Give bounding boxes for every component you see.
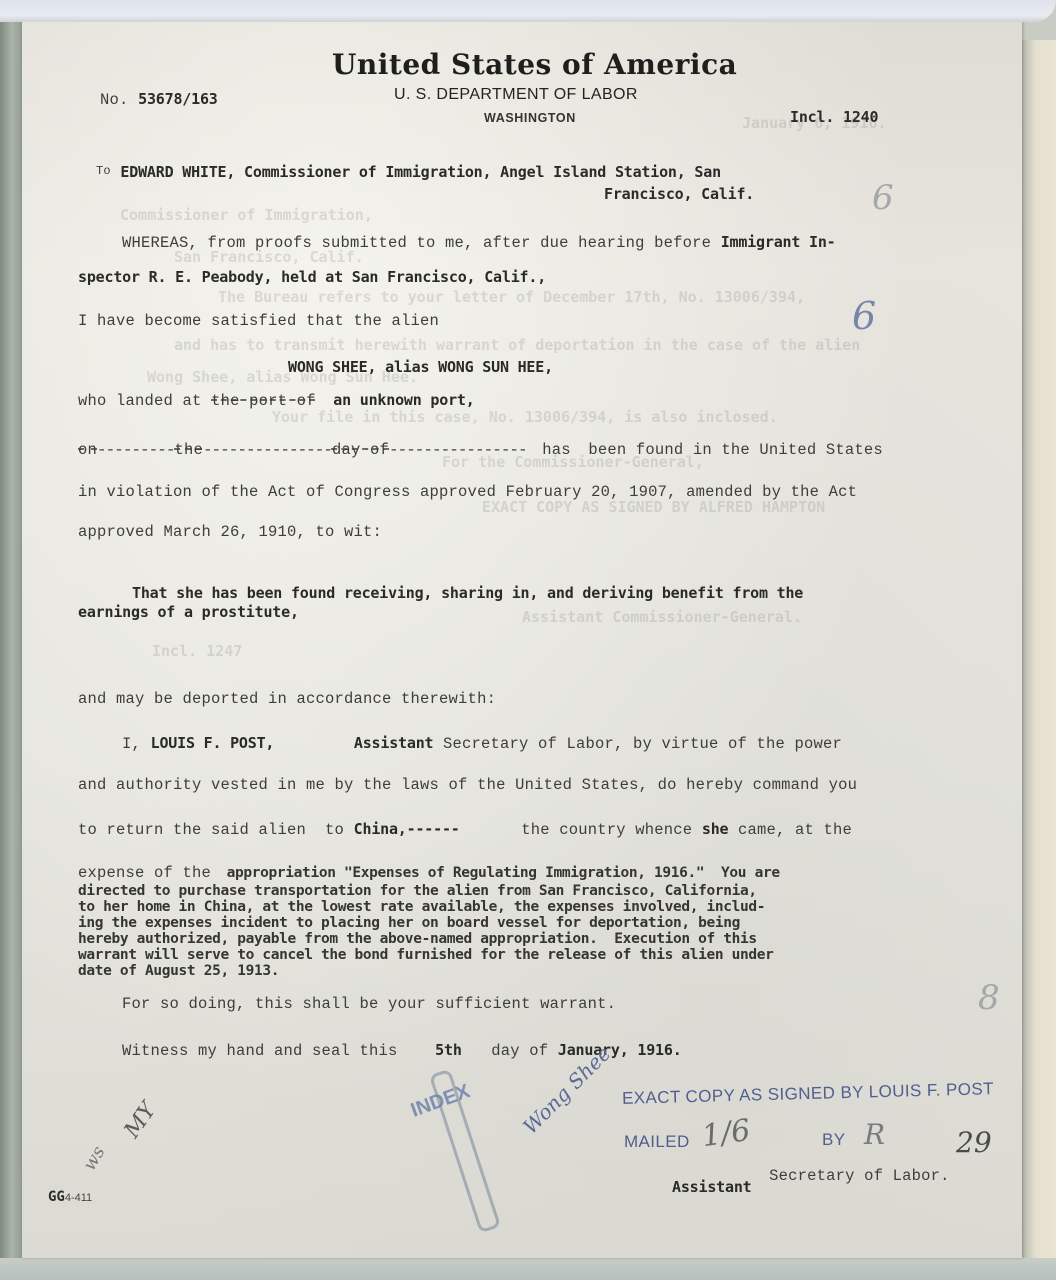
- date-on: on: [78, 441, 97, 459]
- witness-mid: day of: [491, 1042, 548, 1060]
- inclosure-number: Incl. 1240: [790, 108, 878, 126]
- form-number-bold: GG: [48, 1189, 65, 1205]
- expense-prefix: expense of the: [78, 864, 211, 882]
- bleed-line: Assistant Commissioner-General.: [522, 608, 802, 626]
- charge-line-2: earnings of a prostitute,: [78, 603, 299, 621]
- by-initial-handwritten: R: [864, 1118, 885, 1151]
- addressee-line-2: Francisco, Calif.: [604, 185, 754, 203]
- date-dashes: ----------------: [389, 441, 527, 459]
- addressee-text: EDWARD WHITE, Commissioner of Immigratio…: [120, 163, 721, 181]
- date-dashes: ---------: [97, 441, 174, 459]
- landed-prefix: who landed at: [78, 392, 202, 410]
- return-country: China,------: [354, 820, 460, 838]
- found-has: has: [542, 441, 571, 459]
- return-line: to return the said alien to China,------…: [78, 820, 852, 839]
- file-number-label: No.: [100, 91, 129, 109]
- signature-title-bold: Assistant: [672, 1178, 751, 1196]
- binder-edge-bottom: [0, 1258, 1056, 1280]
- expense-line: ing the expenses incident to placing her…: [78, 916, 740, 931]
- date-the: the: [174, 441, 203, 459]
- warrant-page: Commissioner of Immigration, San Francis…: [22, 18, 1022, 1258]
- bleed-line: Incl. 1247: [152, 642, 242, 660]
- signature-title: Assistant Secretary of Labor.: [672, 1166, 950, 1185]
- expense-line: date of August 25, 1913.: [78, 964, 279, 979]
- pencil-mark-6: 6: [872, 178, 894, 218]
- witness-day: 5th: [435, 1041, 462, 1059]
- witness-prefix: Witness my hand and seal this: [122, 1042, 398, 1060]
- command-rest: Secretary of Labor, by virtue of the pow…: [443, 735, 842, 753]
- left-pencil-initials: MY: [120, 1098, 162, 1143]
- landed-port: an unknown port,: [333, 391, 474, 409]
- sufficient-warrant-line: For so doing, this shall be your suffici…: [122, 995, 616, 1013]
- alien-name: WONG SHEE, alias WONG SUN HEE,: [288, 358, 553, 376]
- letterhead-city: WASHINGTON: [484, 111, 576, 125]
- return-mid: the country whence: [521, 821, 692, 839]
- whereas-text: WHEREAS, from proofs submitted to me, af…: [122, 234, 711, 252]
- addressee-prefix: To: [96, 164, 111, 178]
- expense-line-first: expense of the appropriation "Expenses o…: [78, 864, 780, 882]
- satisfied-line: I have become satisfied that the alien: [78, 312, 439, 330]
- return-prefix: to return the said alien to: [78, 821, 344, 839]
- found-rest: been found in the United States: [588, 441, 883, 459]
- bleed-line: Commissioner of Immigration,: [120, 206, 373, 224]
- mailed-date-handwritten: 1/6: [700, 1113, 753, 1154]
- date-day-of: day of: [332, 441, 389, 459]
- bleed-line: Your file in this case, No. 13006/394, i…: [272, 408, 778, 426]
- mailed-stamp: MAILED: [624, 1132, 690, 1152]
- return-pronoun: she: [702, 820, 729, 838]
- violation-line-1: in violation of the Act of Congress appr…: [78, 483, 857, 501]
- landed-struck-text: the port of: [211, 392, 316, 410]
- authority-line: and authority vested in me by the laws o…: [78, 776, 857, 794]
- whereas-line: WHEREAS, from proofs submitted to me, af…: [122, 233, 836, 252]
- command-name: LOUIS F. POST,: [151, 734, 275, 752]
- expense-line: warrant will serve to cancel the bond fu…: [78, 948, 774, 963]
- expense-line: hereby authorized, payable from the abov…: [78, 932, 757, 947]
- handwritten-number: 29: [956, 1126, 992, 1159]
- witness-date: January, 1916.: [558, 1041, 682, 1059]
- letterhead-department: U. S. DEPARTMENT OF LABOR: [394, 86, 638, 104]
- return-suffix: came, at the: [738, 821, 852, 839]
- whereas-bold: Immigrant In-: [721, 233, 836, 251]
- form-number-text: 4-411: [65, 1192, 92, 1204]
- binder-edge-right: [1022, 40, 1056, 1280]
- date-line: on---------the---------------day of-----…: [78, 441, 883, 459]
- expense-line: to her home in China, at the lowest rate…: [78, 900, 765, 915]
- bleed-line: The Bureau refers to your letter of Dece…: [218, 288, 805, 306]
- violation-line-2: approved March 26, 1910, to wit:: [78, 523, 382, 541]
- pencil-mark-8: 8: [978, 978, 1000, 1018]
- form-number: GG4-411: [48, 1188, 92, 1206]
- date-dashes: ---------------: [203, 441, 332, 459]
- left-pencil-note: ws: [79, 1143, 110, 1175]
- exact-copy-stamp: EXACT COPY AS SIGNED BY LOUIS F. POST: [622, 1079, 994, 1109]
- command-i: I,: [122, 735, 141, 753]
- signature-title-rest: Secretary of Labor.: [769, 1167, 950, 1185]
- inspector-line: spector R. E. Peabody, held at San Franc…: [78, 268, 546, 286]
- command-title: Assistant: [354, 734, 433, 752]
- blue-circle-mark: 6: [852, 294, 876, 338]
- bleed-line: and has to transmit herewith warrant of …: [174, 336, 860, 354]
- file-number-value: 53678/163: [138, 90, 217, 108]
- expense-line: directed to purchase transportation for …: [78, 884, 757, 899]
- overlying-sheet-edge: [0, 0, 1056, 22]
- deport-line: and may be deported in accordance therew…: [78, 690, 496, 708]
- command-line: I, LOUIS F. POST, Assistant Secretary of…: [122, 734, 842, 753]
- addressee-line-1: To EDWARD WHITE, Commissioner of Immigra…: [96, 163, 721, 182]
- letterhead-country: United States of America: [332, 48, 737, 81]
- landed-line: who landed at the port of an unknown por…: [78, 391, 475, 410]
- expense-text: appropriation "Expenses of Regulating Im…: [227, 865, 780, 881]
- by-stamp: BY: [822, 1130, 845, 1150]
- charge-line-1: That she has been found receiving, shari…: [132, 584, 803, 602]
- file-number: No. 53678/163: [100, 90, 218, 109]
